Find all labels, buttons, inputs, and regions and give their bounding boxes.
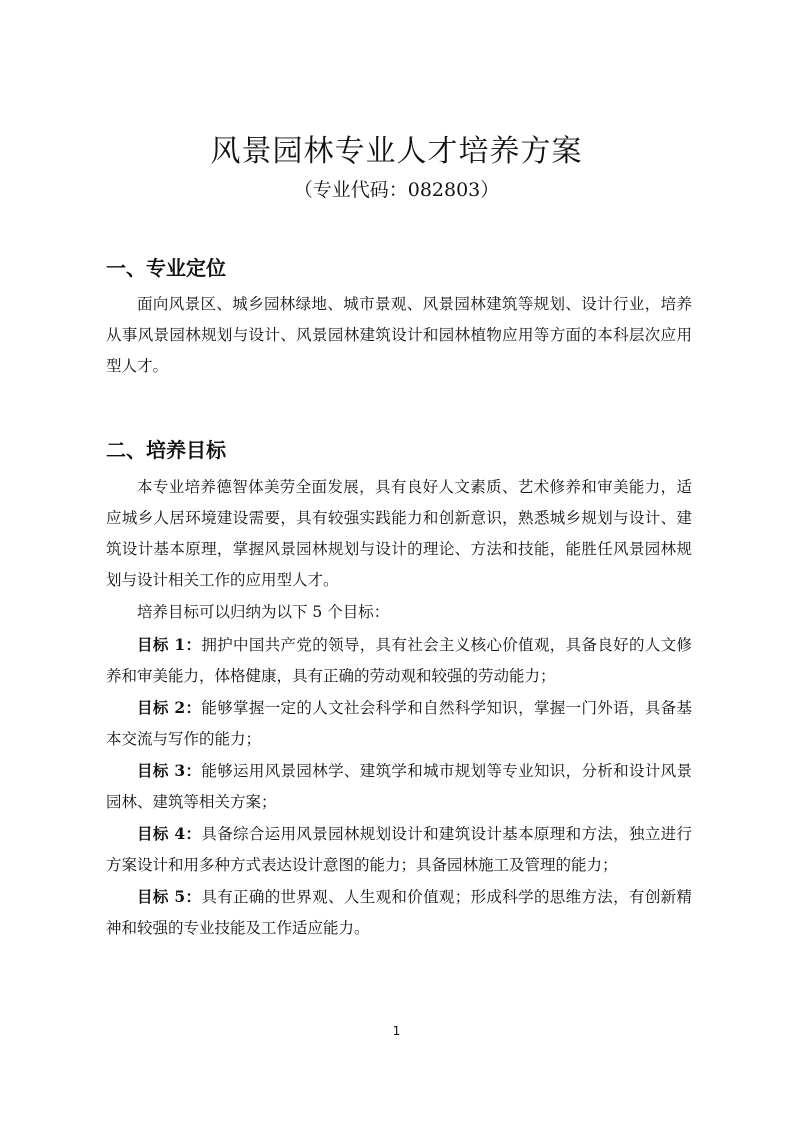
- goal-label: 目标 2：: [137, 698, 201, 717]
- goal-label: 目标 3：: [137, 761, 201, 780]
- goal-item: 目标 4：具备综合运用风景园林规划设计和建筑设计基本原理和方法，独立进行方案设计…: [106, 818, 692, 881]
- major-code: （专业代码：082803）: [0, 175, 793, 202]
- goal-item: 目标 3：能够运用风景园林学、建筑学和城市规划等专业知识，分析和设计风景园林、建…: [106, 755, 692, 818]
- objectives-summary: 培养目标可以归纳为以下 5 个目标：: [106, 597, 692, 628]
- goal-item: 目标 2：能够掌握一定的人文社会科学和自然科学知识，掌握一门外语，具备基本交流与…: [106, 692, 692, 755]
- goal-label: 目标 1：: [137, 635, 201, 654]
- goal-label: 目标 4：: [137, 824, 201, 843]
- section-heading-objectives: 二、培养目标: [106, 434, 226, 463]
- positioning-paragraph: 面向风景区、城乡园林绿地、城市景观、风景园林建筑等规划、设计行业，培养从事风景园…: [106, 289, 692, 382]
- goal-label: 目标 5：: [137, 887, 201, 906]
- goal-item: 目标 5：具有正确的世界观、人生观和价值观；形成科学的思维方法，有创新精神和较强…: [106, 881, 692, 944]
- section-heading-positioning: 一、专业定位: [106, 252, 226, 281]
- goal-item: 目标 1：拥护中国共产党的领导，具有社会主义核心价值观，具备良好的人文修养和审美…: [106, 629, 692, 692]
- page-number: 1: [0, 1024, 793, 1038]
- objectives-paragraph: 本专业培养德智体美劳全面发展，具有良好人文素质、艺术修养和审美能力，适应城乡人居…: [106, 472, 692, 596]
- document-title: 风景园林专业人才培养方案: [0, 126, 793, 170]
